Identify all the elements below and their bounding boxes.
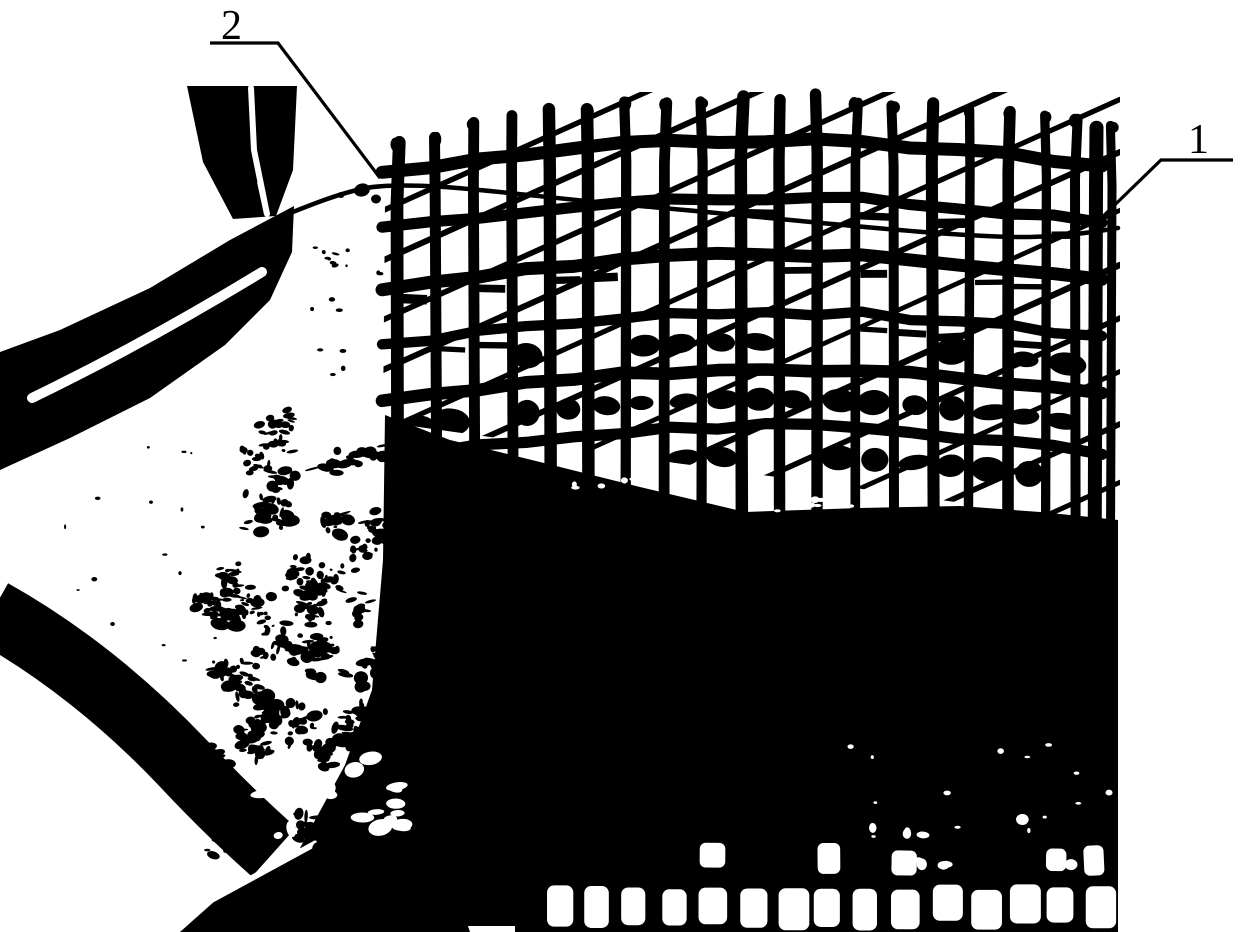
patent-photo-figure: 2 1 [0,0,1240,932]
figure-canvas: 2 1 [0,0,1240,932]
callout-1-label: 1 [1188,117,1209,163]
top-left-clamp-blob [187,86,297,219]
callout-2-label: 2 [221,3,242,49]
upper-left-curved-band [0,206,294,470]
